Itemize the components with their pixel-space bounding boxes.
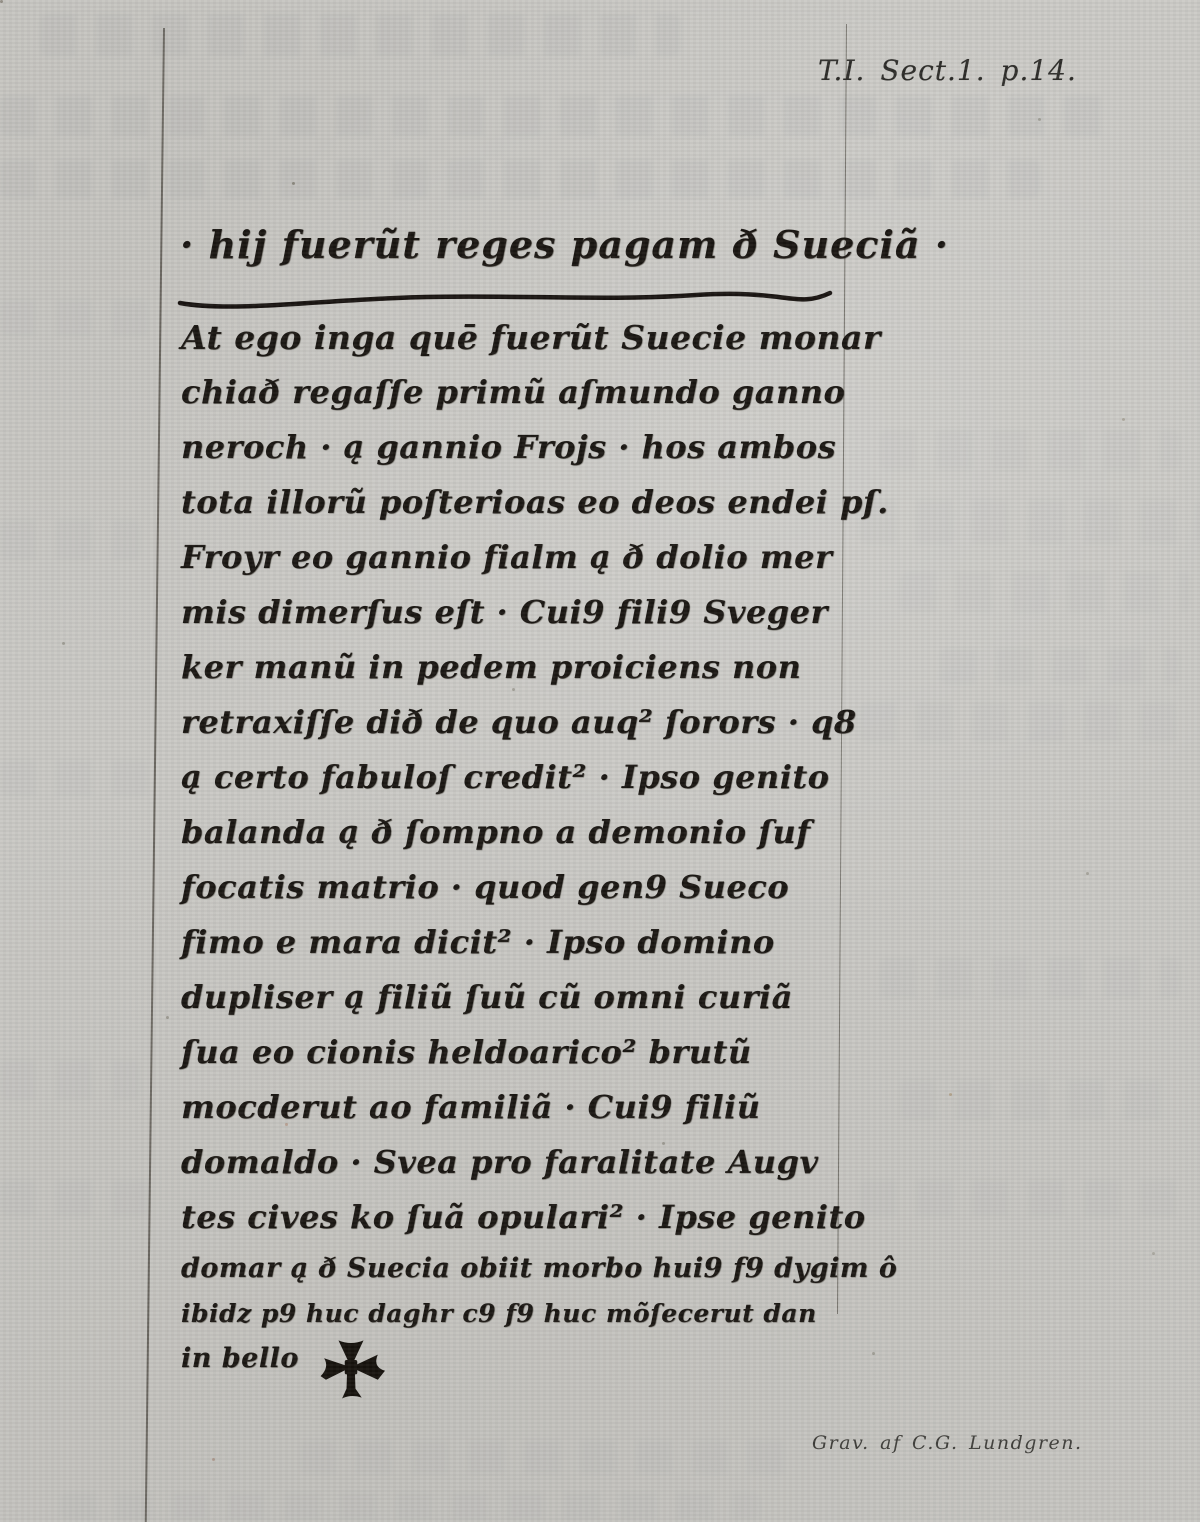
manuscript-line: mis dimerſus eſt · Cui9 fili9 Sveger bbox=[181, 593, 1181, 648]
bleed-through-ghost bbox=[0, 1180, 150, 1216]
manuscript-line: domar ą ð Suecia obiit morbo hui9 f9 dyg… bbox=[181, 1253, 1181, 1299]
manuscript-line: domaldo · Svea pro faralitate Augv bbox=[181, 1143, 1181, 1198]
manuscript-facsimile-page: T.I. Sect.1. p.14. · hij fuerũt reges pa… bbox=[0, 0, 1200, 1522]
manuscript-line: balanda ą ð ſompno a demonio ſuf bbox=[181, 813, 1181, 868]
manuscript-line: dupliser ą filiũ ſuũ cũ omni curiã bbox=[181, 978, 1181, 1033]
manuscript-line: mocderut ao familiã · Cui9 filiũ bbox=[181, 1088, 1181, 1143]
manuscript-line: ker manũ in pedem proiciens non bbox=[181, 648, 1181, 703]
bleed-through-ghost bbox=[0, 760, 150, 796]
manuscript-line-text: in bello bbox=[181, 1343, 299, 1374]
engraver-credit: Grav. af C.G. Lundgren. bbox=[812, 1432, 1083, 1454]
manuscript-line: Froyr eo gannio fialm ą ð dolio mer bbox=[181, 538, 1181, 593]
manuscript-line: neroch · ą gannio Frojs · hos ambos bbox=[181, 428, 1181, 483]
manuscript-line: fimo e mara dicit² · Ipso domino bbox=[181, 923, 1181, 978]
manuscript-line: tota illorũ poſterioas eo deos endei pſ. bbox=[181, 483, 1181, 538]
manuscript-line: retraxiſſe dið de quo auq² ſorors · q8 bbox=[181, 703, 1181, 758]
manuscript-line: At ego inga quē fuerũt Suecie monar bbox=[181, 318, 1181, 373]
bleed-through-ghost bbox=[60, 1492, 760, 1520]
bleed-through-ghost bbox=[0, 300, 150, 336]
manuscript-line: focatis matrio · quod gen9 Sueco bbox=[181, 868, 1181, 923]
manuscript-line: tes cives ko ſuã opulari² · Ipse genito bbox=[181, 1198, 1181, 1253]
paper-speckles bbox=[0, 0, 3, 3]
bleed-through-ghost bbox=[0, 96, 1120, 136]
cross-pattee-icon bbox=[315, 1335, 387, 1410]
manuscript-heading: · hij fuerũt reges pagam ð Sueciã · bbox=[180, 222, 860, 267]
manuscript-body: At ego inga quē fuerũt Suecie monar chia… bbox=[181, 318, 1181, 1403]
bleed-through-ghost bbox=[40, 14, 680, 56]
bleed-through-ghost bbox=[0, 1060, 140, 1100]
manuscript-line-last: in bello bbox=[181, 1343, 1181, 1403]
bleed-through-ghost bbox=[0, 520, 140, 560]
left-margin-rule bbox=[145, 28, 165, 1522]
bleed-through-ghost bbox=[0, 160, 1040, 198]
manuscript-line: ą certo fabuloſ credit² · Ipso genito bbox=[181, 758, 1181, 813]
heading-underline-flourish bbox=[176, 281, 836, 317]
manuscript-line: chiað regaſſe primũ aſmundo ganno bbox=[181, 373, 1181, 428]
manuscript-line: ſua eo cionis heldoarico² brutũ bbox=[181, 1033, 1181, 1088]
page-reference: T.I. Sect.1. p.14. bbox=[818, 54, 1077, 87]
bleed-through-ghost bbox=[300, 1440, 800, 1474]
